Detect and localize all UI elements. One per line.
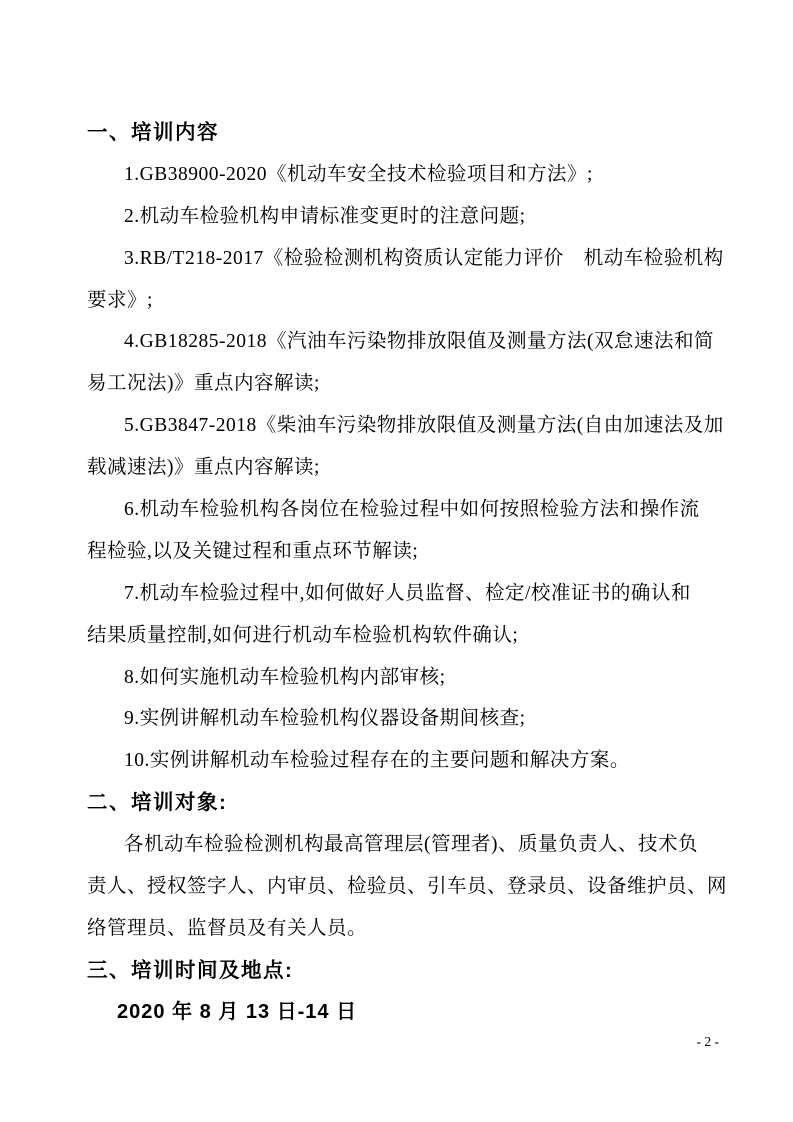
list-item-5-continuation: 载减速法)》重点内容解读; bbox=[87, 447, 727, 489]
audience-paragraph-line-3: 络管理员、监督员及有关人员。 bbox=[87, 908, 727, 950]
list-item-2: 2.机动车检验机构申请标准变更时的注意问题; bbox=[87, 196, 727, 238]
list-item-7-continuation: 结果质量控制,如何进行机动车检验机构软件确认; bbox=[87, 615, 727, 657]
list-item-6: 6.机动车检验机构各岗位在检验过程中如何按照检验方法和操作流 bbox=[87, 489, 727, 531]
list-item-6-continuation: 程检验,以及关键过程和重点环节解读; bbox=[87, 531, 727, 573]
document-body: 一、培训内容 1.GB38900-2020《机动车安全技术检验项目和方法》; 2… bbox=[87, 112, 727, 1034]
heading-section-3-time-and-place: 三、培训时间及地点: bbox=[87, 950, 727, 992]
list-item-4-continuation: 易工况法)》重点内容解读; bbox=[87, 363, 727, 405]
list-item-9: 9.实例讲解机动车检验机构仪器设备期间核查; bbox=[87, 698, 727, 740]
list-item-4: 4.GB18285-2018《汽油车污染物排放限值及测量方法(双怠速法和简 bbox=[87, 321, 727, 363]
training-date: 2020 年 8 月 13 日-14 日 bbox=[87, 992, 727, 1034]
heading-section-1-training-content: 一、培训内容 bbox=[87, 112, 727, 154]
audience-paragraph-line-2: 责人、授权签字人、内审员、检验员、引车员、登录员、设备维护员、网 bbox=[87, 866, 727, 908]
list-item-10: 10.实例讲解机动车检验过程存在的主要问题和解决方案。 bbox=[87, 740, 727, 782]
list-item-1: 1.GB38900-2020《机动车安全技术检验项目和方法》; bbox=[87, 154, 727, 196]
list-item-5: 5.GB3847-2018《柴油车污染物排放限值及测量方法(自由加速法及加 bbox=[87, 405, 727, 447]
document-page: 一、培训内容 1.GB38900-2020《机动车安全技术检验项目和方法》; 2… bbox=[0, 0, 793, 1122]
list-item-3: 3.RB/T218-2017《检验检测机构资质认定能力评价 机动车检验机构 bbox=[87, 238, 727, 280]
list-item-8: 8.如何实施机动车检验机构内部审核; bbox=[87, 657, 727, 699]
list-item-3-continuation: 要求》; bbox=[87, 280, 727, 322]
list-item-7: 7.机动车检验过程中,如何做好人员监督、检定/校准证书的确认和 bbox=[87, 573, 727, 615]
heading-section-2-training-audience: 二、培训对象: bbox=[87, 782, 727, 824]
page-number: - 2 - bbox=[697, 1032, 720, 1052]
audience-paragraph-line-1: 各机动车检验检测机构最高管理层(管理者)、质量负责人、技术负 bbox=[87, 824, 727, 866]
